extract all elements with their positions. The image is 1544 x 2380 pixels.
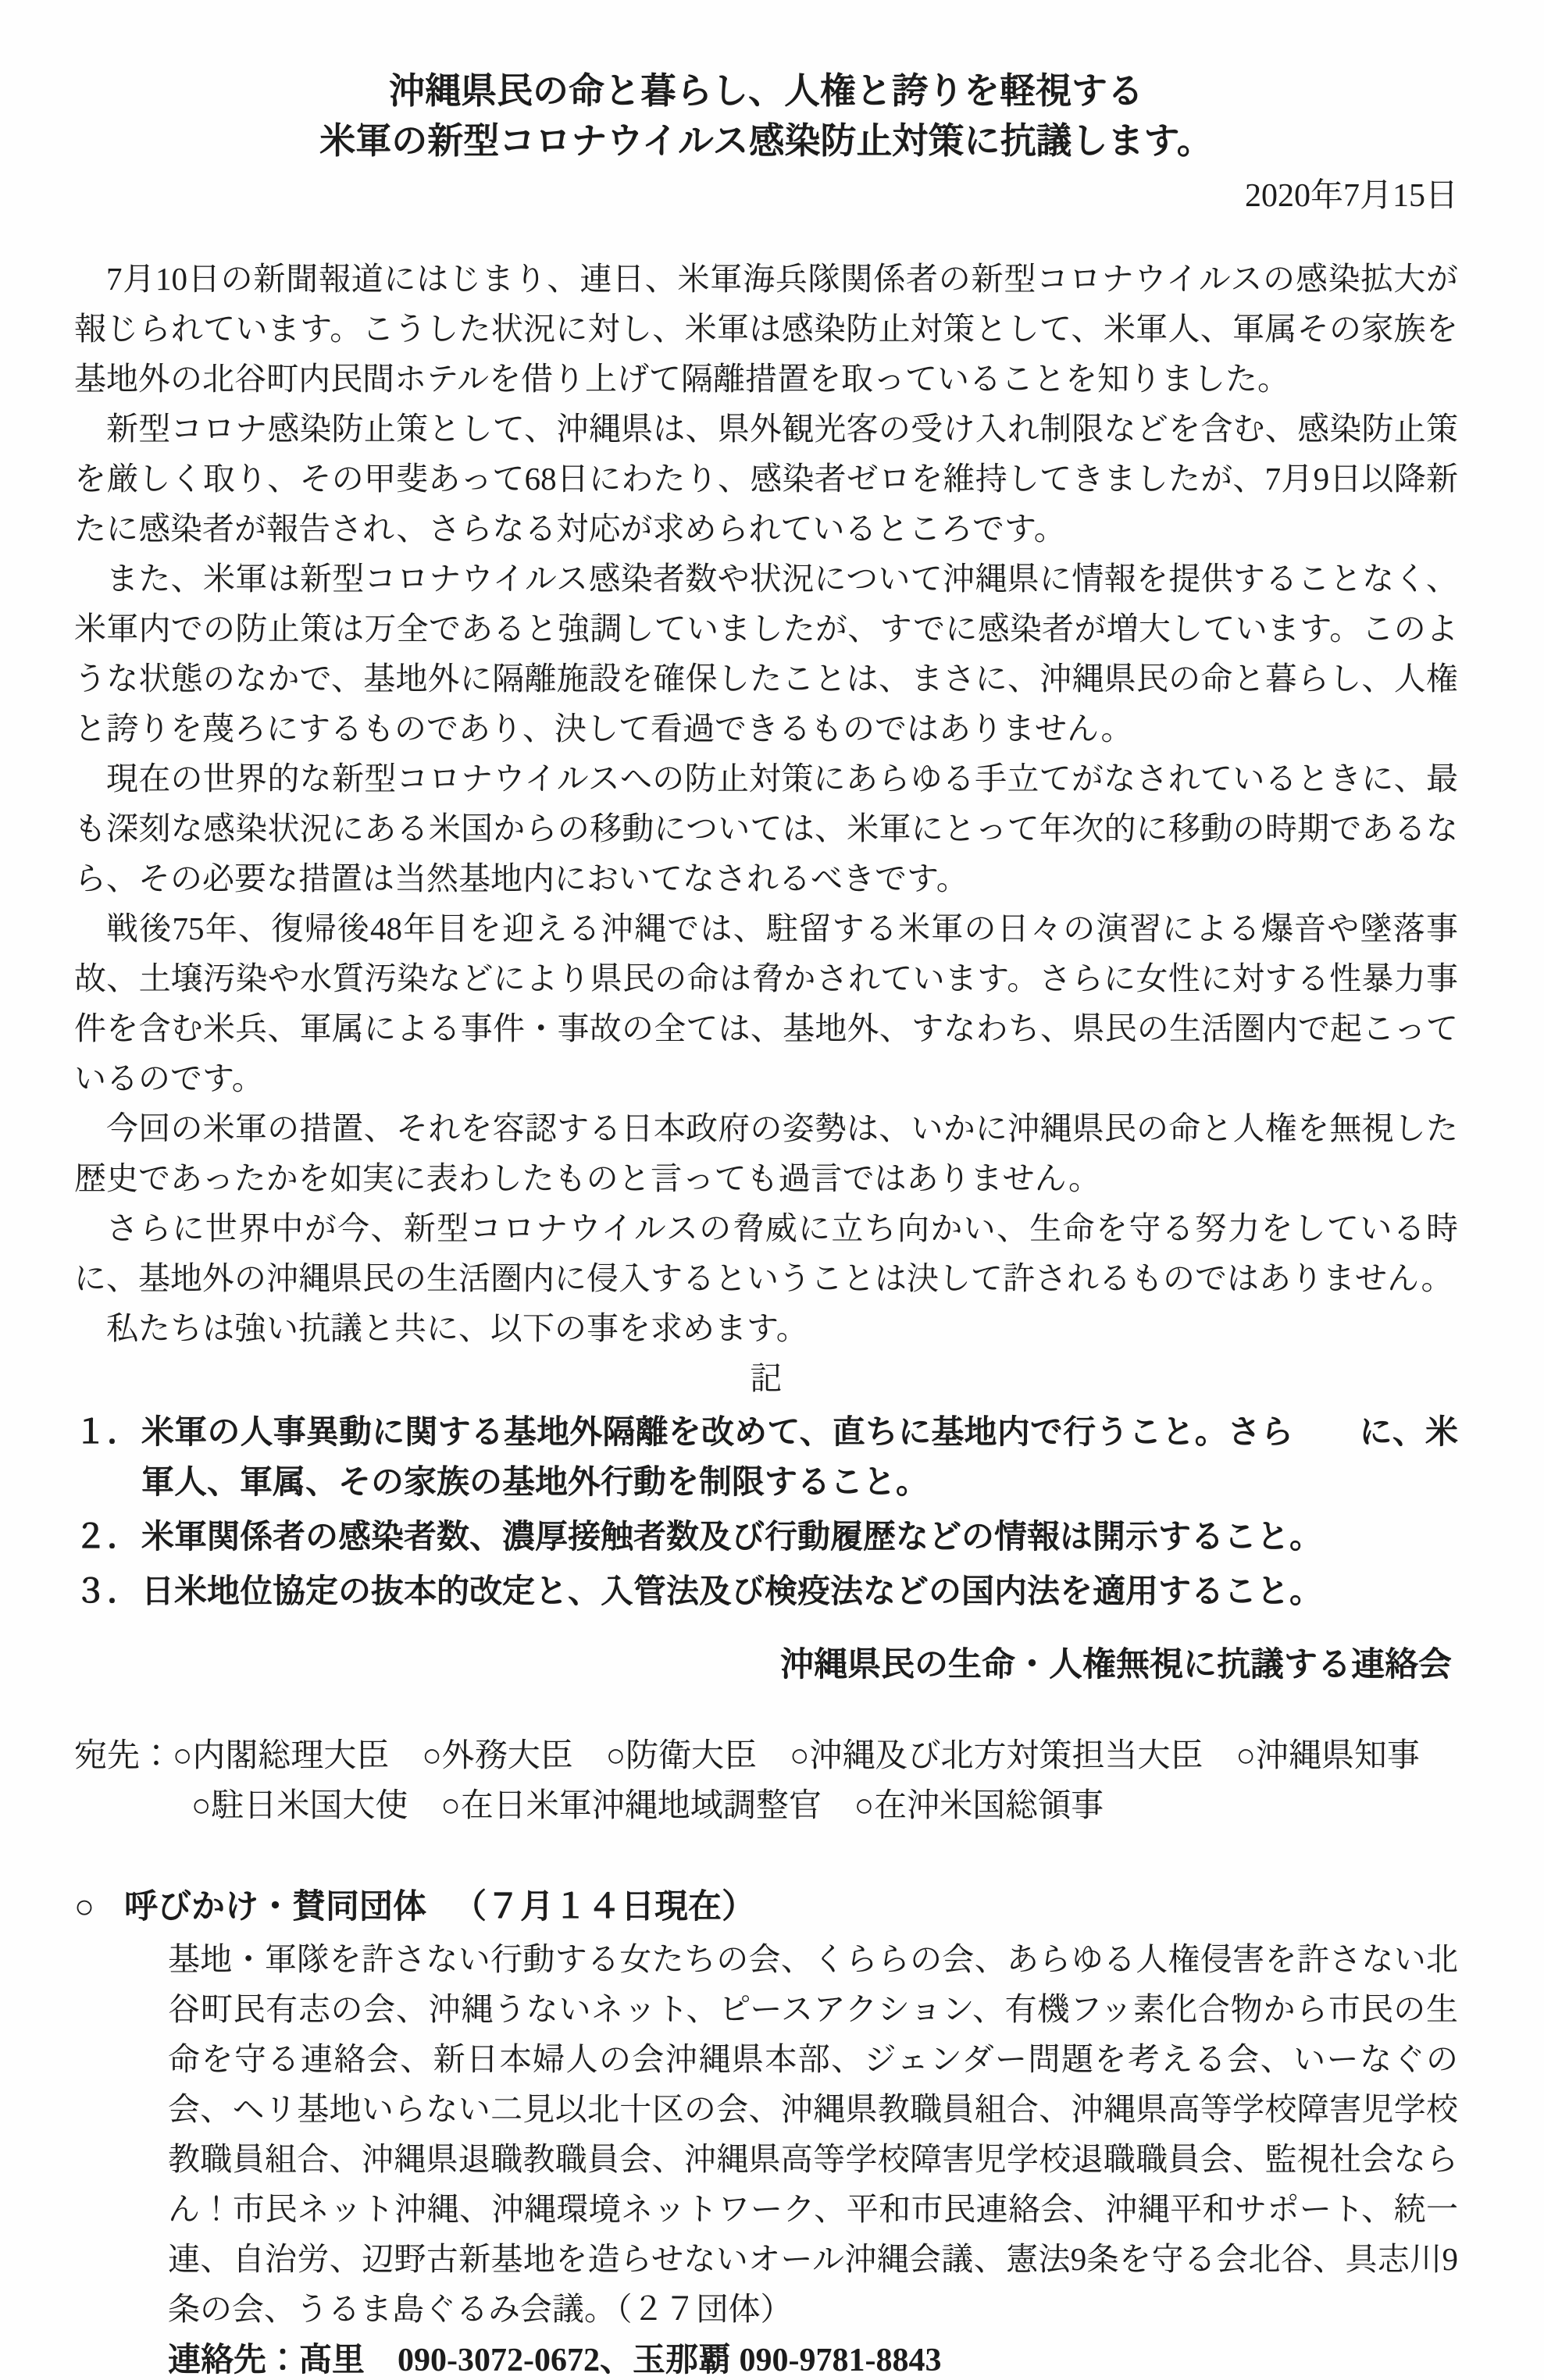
addressees-block: 宛先：○内閣総理大臣 ○外務大臣 ○防衛大臣 ○沖縄及び北方対策担当大臣 ○沖縄… [74, 1731, 1458, 1831]
demand-text-2: 米軍関係者の感染者数、濃厚接触者数及び行動履歴などの情報は開示すること。 [141, 1520, 1322, 1555]
addressees-line-2: ○駐日米国大使 ○在日米軍沖縄地域調整官 ○在沖米国総領事 [74, 1781, 1458, 1831]
paragraph-2: 新型コロナ感染防止策として、沖縄県は、県外観光客の受け入れ制限などを含む、感染防… [74, 404, 1458, 554]
ki-marker: 記 [74, 1353, 1458, 1403]
paragraph-4: 現在の世界的な新型コロナウイルスへの防止対策にあらゆる手立てがなされているときに… [74, 754, 1458, 903]
supporters-heading: 呼びかけ・賛同団体 [124, 1889, 426, 1926]
paragraph-7: さらに世界中が今、新型コロナウイルスの脅威に立ち向かい、生命を守る努力をしている… [74, 1203, 1458, 1303]
addressees-line-1: 宛先：○内閣総理大臣 ○外務大臣 ○防衛大臣 ○沖縄及び北方対策担当大臣 ○沖縄… [74, 1731, 1458, 1781]
document-date: 2020年7月15日 [74, 171, 1458, 221]
demand-item-3: ３． 日米地位協定の抜本的改定と、入管法及び検疫法などの国内法を適用すること。 [74, 1567, 1458, 1617]
paragraph-3: また、米軍は新型コロナウイルス感染者数や状況について沖縄県に情報を提供することな… [74, 554, 1458, 754]
demands-list: １． 米軍の人事異動に関する基地外隔離を改めて、直ちに基地内で行うこと。さら に… [74, 1408, 1458, 1617]
document-body: 7月10日の新聞報道にはじまり、連日、米軍海兵隊関係者の新型コロナウイルスの感染… [74, 254, 1458, 1403]
supporters-group-list: 基地・軍隊を許さない行動する女たちの会、くららの会、あらゆる人権侵害を許さない北… [168, 1934, 1458, 2334]
supporters-header: ○呼びかけ・賛同団体（７月１４日現在） [74, 1883, 1458, 1933]
demand-number-3: ３． [74, 1567, 140, 1617]
paragraph-5: 戦後75年、復帰後48年目を迎える沖縄では、駐留する米軍の日々の演習による爆音や… [74, 903, 1458, 1103]
demand-text-1: 米軍の人事異動に関する基地外隔離を改めて、直ちに基地内で行うこと。さら に、米軍… [141, 1415, 1458, 1501]
scanned-protest-document: 沖縄県民の命と暮らし、人権と誇りを軽視する 米軍の新型コロナウイルス感染防止対策… [0, 0, 1544, 2380]
supporters-as-of-date: （７月１４日現在） [453, 1889, 755, 1926]
supporters-section: ○呼びかけ・賛同団体（７月１４日現在） 基地・軍隊を許さない行動する女たちの会、… [74, 1883, 1458, 2380]
paragraph-1: 7月10日の新聞報道にはじまり、連日、米軍海兵隊関係者の新型コロナウイルスの感染… [74, 254, 1458, 404]
demand-item-2: ２． 米軍関係者の感染者数、濃厚接触者数及び行動履歴などの情報は開示すること。 [74, 1512, 1458, 1562]
circle-bullet-icon: ○ [74, 1889, 94, 1926]
title-line-2: 米軍の新型コロナウイルス感染防止対策に抗議します。 [74, 116, 1458, 166]
demand-number-1: １． [74, 1408, 140, 1458]
demand-text-3: 日米地位協定の抜本的改定と、入管法及び検疫法などの国内法を適用すること。 [141, 1574, 1322, 1610]
contact-info: 連絡先：髙里 090-3072-0672、玉那覇 090-9781-8843 [168, 2335, 1458, 2380]
document-title: 沖縄県民の命と暮らし、人権と誇りを軽視する 米軍の新型コロナウイルス感染防止対策… [74, 66, 1458, 166]
signature-organization: 沖縄県民の生命・人権無視に抗議する連絡会 [74, 1641, 1458, 1691]
paragraph-6: 今回の米軍の措置、それを容認する日本政府の姿勢は、いかに沖縄県民の命と人権を無視… [74, 1103, 1458, 1203]
demand-item-1: １． 米軍の人事異動に関する基地外隔離を改めて、直ちに基地内で行うこと。さら に… [74, 1408, 1458, 1508]
title-line-1: 沖縄県民の命と暮らし、人権と誇りを軽視する [74, 66, 1458, 116]
demands-intro: 私たちは強い抗議と共に、以下の事を求めます。 [74, 1303, 1458, 1353]
document-header: 沖縄県民の命と暮らし、人権と誇りを軽視する 米軍の新型コロナウイルス感染防止対策… [74, 66, 1458, 221]
demand-number-2: ２． [74, 1512, 140, 1562]
